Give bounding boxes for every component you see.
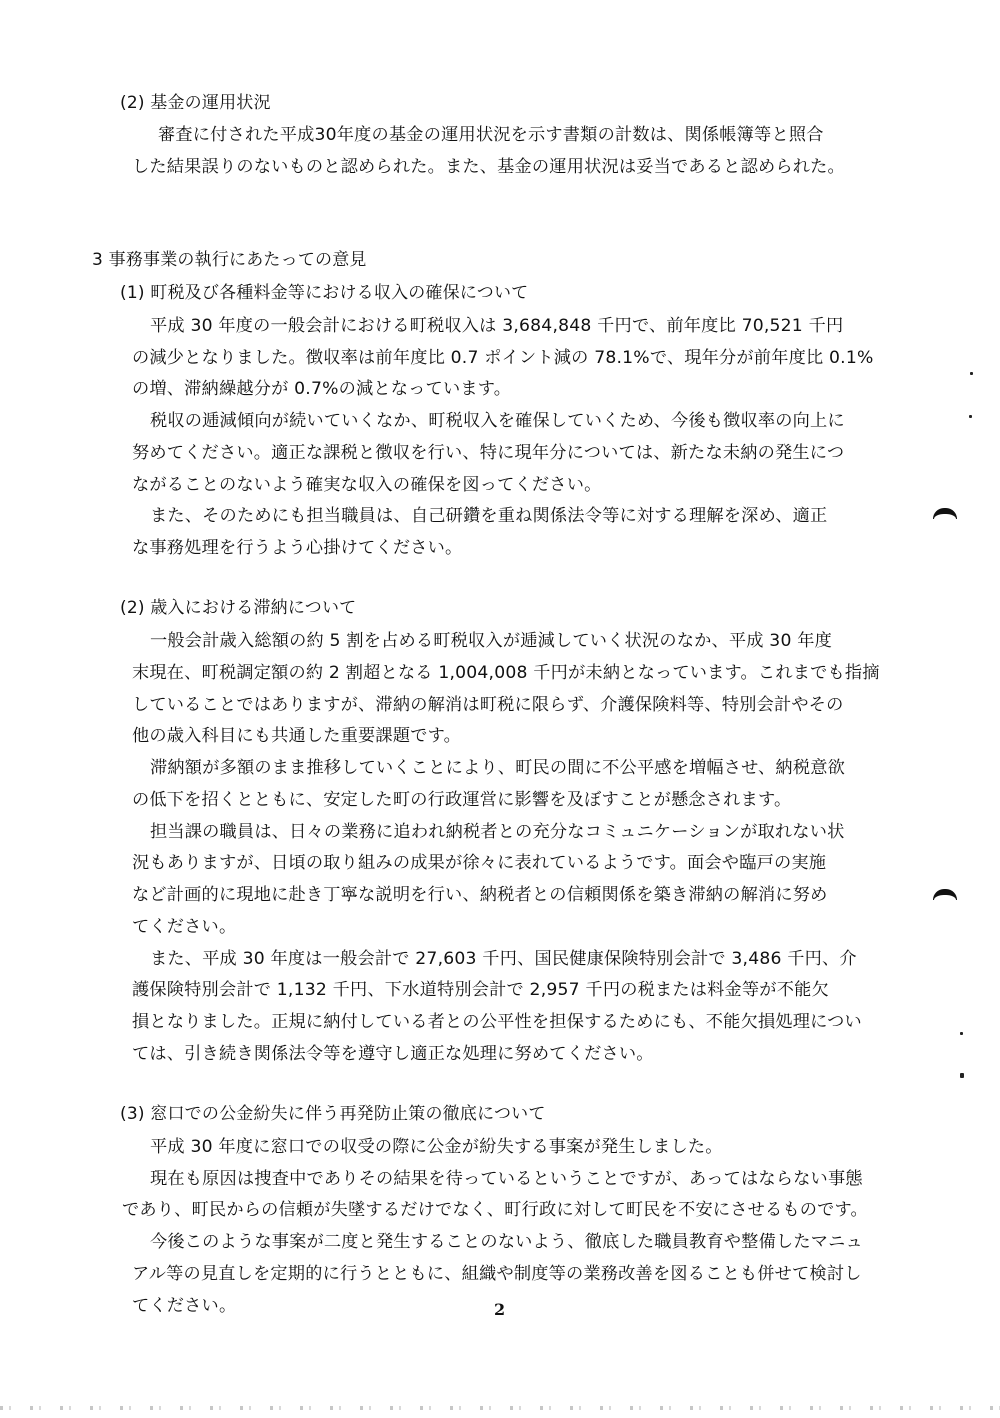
paragraph-line: また、そのためにも担当職員は、自己研鑽を重ね関係法令等に対する理解を深め、適正 <box>150 505 827 527</box>
paragraph-line: の減少となりました。徴収率は前年度比 0.7 ポイント減の 78.1%で、現年分… <box>132 347 874 369</box>
paragraph-line: であり、町民からの信頼が失墜するだけでなく、町行政に対して町民を不安にさせるもの… <box>122 1199 868 1221</box>
section-heading-fund-operation: (2) 基金の運用状況 <box>120 92 271 114</box>
document-page: (2) 基金の運用状況 審査に付された平成30年度の基金の運用状況を示す書類の計… <box>0 0 1000 1418</box>
paragraph-line: など計画的に現地に赴き丁寧な説明を行い、納税者との信頼関係を築き滞納の解消に努め <box>132 884 828 906</box>
scan-edge-noise <box>0 1406 1000 1410</box>
paragraph-line: 一般会計歳入総額の約 5 割を占める町税収入が逓減していく状況のなか、平成 30… <box>150 630 832 652</box>
paragraph-line: 末現在、町税調定額の約 2 割超となる 1,004,008 千円が未納となってい… <box>132 662 880 684</box>
scan-speck <box>960 1073 964 1078</box>
paragraph-line: 税収の逓減傾向が続いていくなか、町税収入を確保していくため、今後も徴収率の向上に <box>150 410 845 432</box>
paragraph-line: 努めてください。適正な課税と徴収を行い、特に現年分については、新たな未納の発生に… <box>132 442 844 464</box>
page-number: 2 <box>494 1300 505 1319</box>
paragraph-line: 今後このような事案が二度と発生することのないよう、徹底した職員教育や整備したマニ… <box>150 1231 863 1253</box>
paragraph-line: 護保険特別会計で 1,132 千円、下水道特別会計で 2,957 千円の税または… <box>132 979 829 1001</box>
paragraph-line: 損となりました。正規に納付している者との公平性を担保するためにも、不能欠損処理に… <box>132 1011 862 1033</box>
scan-speck <box>970 372 973 375</box>
paragraph-line: 現在も原因は捜査中でありその結果を待っているということですが、あってはならない事… <box>150 1168 863 1190</box>
paragraph-line: てください。 <box>132 1295 236 1317</box>
paragraph-line: 審査に付された平成30年度の基金の運用状況を示す書類の計数は、関係帳簿等と照合 <box>158 124 824 146</box>
paragraph-line: また、平成 30 年度は一般会計で 27,603 千円、国民健康保険特別会計で … <box>150 948 857 970</box>
paragraph-line: の増、滞納繰越分が 0.7%の減となっています。 <box>132 378 511 400</box>
paragraph-line: な事務処理を行うよう心掛けてください。 <box>132 537 462 559</box>
paragraph-line: 他の歳入科目にも共通した重要課題です。 <box>132 725 461 747</box>
paragraph-line: した結果誤りのないものと認められた。また、基金の運用状況は妥当であると認められた… <box>132 156 845 178</box>
subsection-heading-public-funds-loss: (3) 窓口での公金紛失に伴う再発防止策の徹底について <box>120 1103 546 1125</box>
section-heading-opinions: 3 事務事業の執行にあたっての意見 <box>92 249 367 271</box>
subsection-heading-revenue-securing: (1) 町税及び各種料金等における収入の確保について <box>120 282 528 304</box>
subsection-heading-arrears: (2) 歳入における滞納について <box>120 597 356 619</box>
paragraph-line: ながることのないよう確実な収入の確保を図ってください。 <box>132 474 601 496</box>
paragraph-line: ては、引き続き関係法令等を遵守し適正な処理に努めてください。 <box>132 1043 654 1065</box>
paragraph-line: していることではありますが、滞納の解消は町税に限らず、介護保険料等、特別会計やそ… <box>132 694 844 716</box>
paragraph-line: の低下を招くとともに、安定した町の行政運営に影響を及ぼすことが懸念されます。 <box>132 789 791 811</box>
binding-hole-mark <box>933 508 957 519</box>
binding-hole-mark <box>933 889 957 900</box>
paragraph-line: アル等の見直しを定期的に行うとともに、組織や制度等の業務改善を図ることも併せて検… <box>132 1263 862 1285</box>
scan-speck <box>969 415 972 418</box>
paragraph-line: 担当課の職員は、日々の業務に追われ納税者との充分なコミュニケーションが取れない状 <box>150 821 844 843</box>
paragraph-line: 滞納額が多額のまま推移していくことにより、町民の間に不公平感を増幅させ、納税意欲 <box>150 757 845 779</box>
paragraph-line: 平成 30 年度に窓口での収受の際に公金が紛失する事案が発生しました。 <box>150 1136 723 1158</box>
paragraph-line: 平成 30 年度の一般会計における町税収入は 3,684,848 千円で、前年度… <box>150 315 843 337</box>
scan-speck <box>960 1032 963 1035</box>
paragraph-line: 況もありますが、日頃の取り組みの成果が徐々に表れているようです。面会や臨戸の実施 <box>132 852 826 874</box>
paragraph-line: てください。 <box>132 916 236 938</box>
